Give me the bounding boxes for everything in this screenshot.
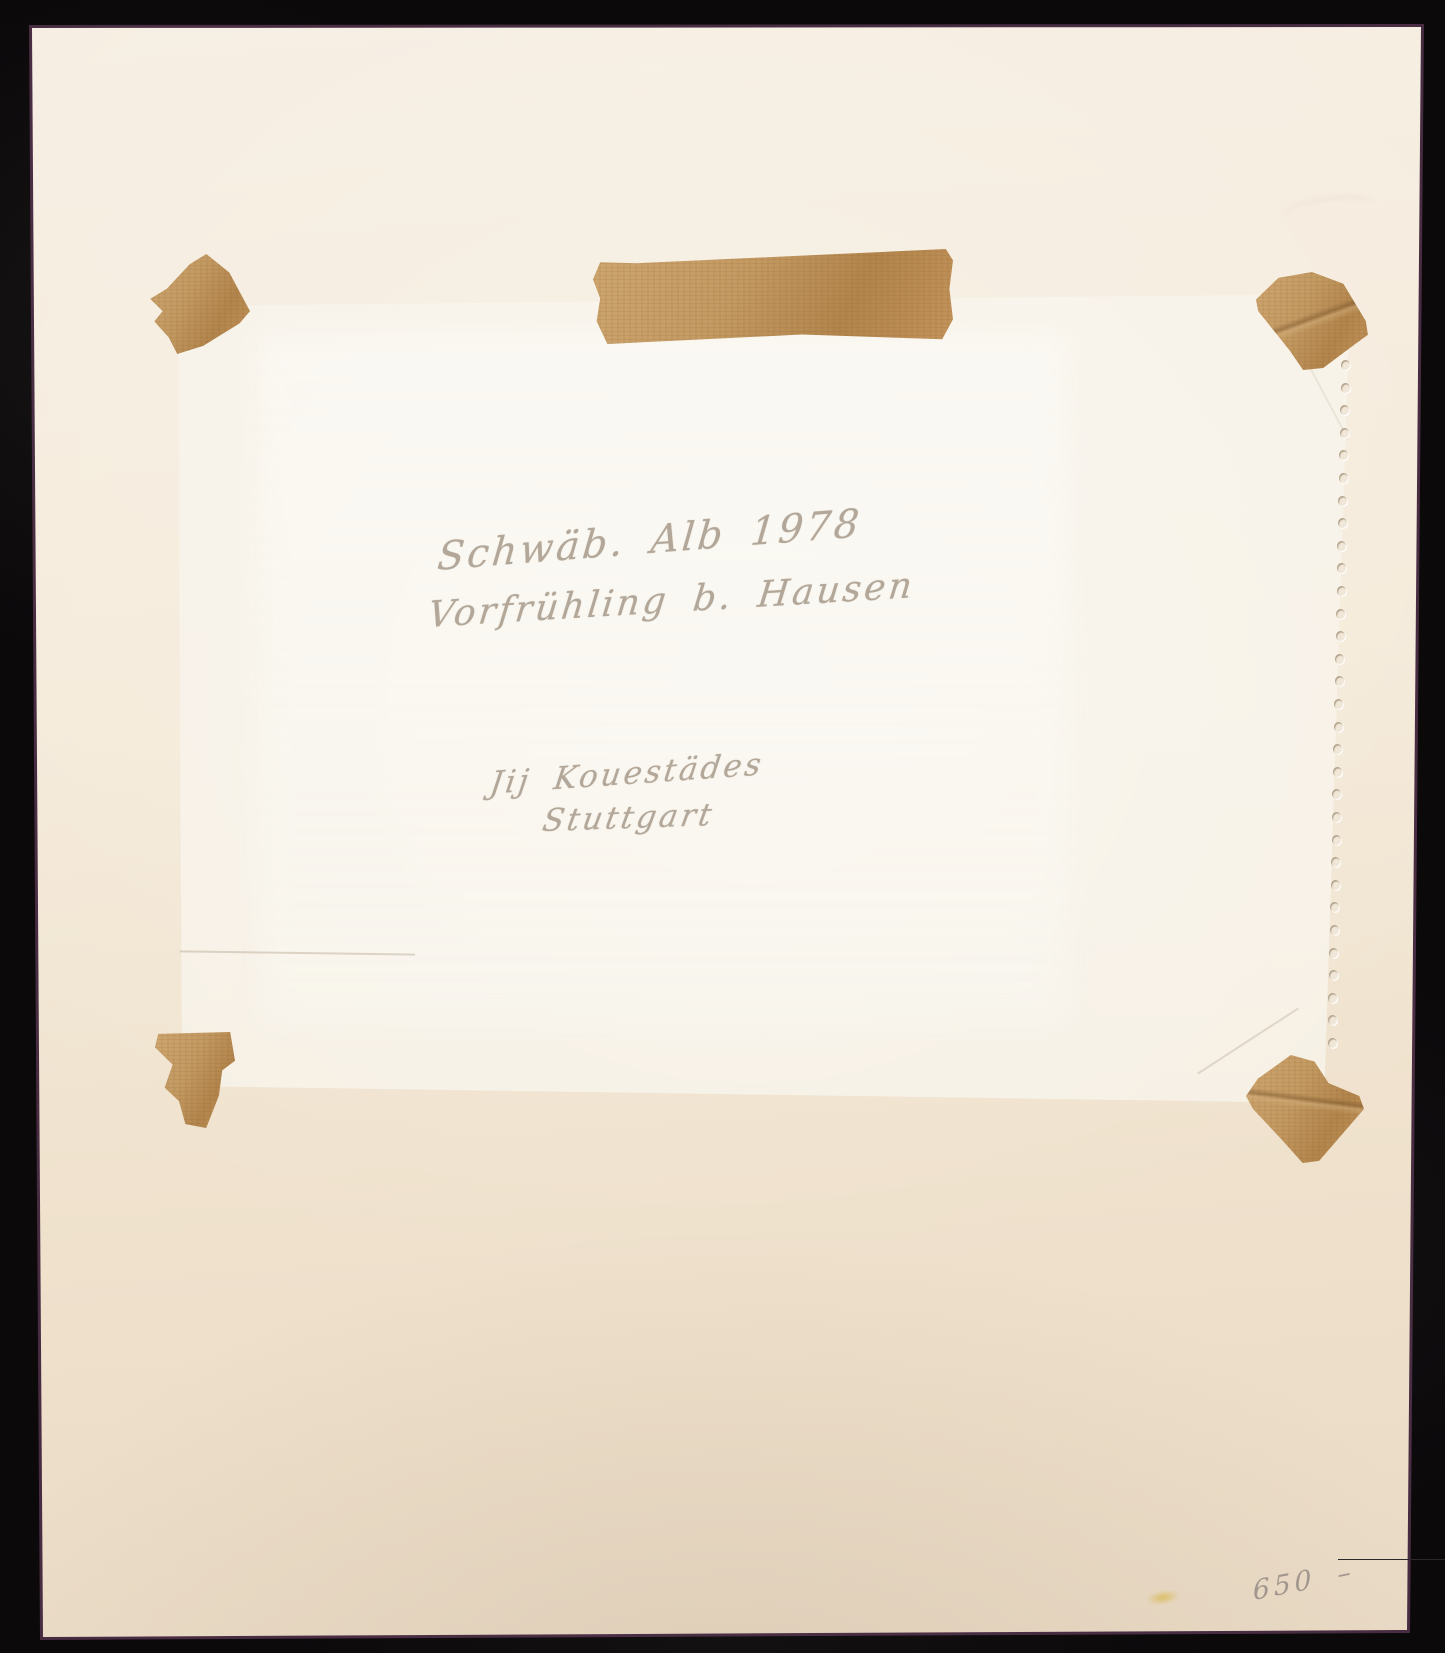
perforation-hole: [1338, 496, 1347, 506]
perforation-hole: [1338, 518, 1347, 528]
perforation-hole: [1337, 586, 1346, 596]
paper-image-showthrough: [258, 332, 1070, 1028]
perforation-hole: [1334, 722, 1343, 732]
perforation-hole: [1328, 1038, 1337, 1048]
perforation-hole: [1332, 812, 1341, 822]
perforation-hole: [1340, 428, 1349, 438]
perforation-hole: [1341, 383, 1350, 393]
perforation-hole: [1331, 880, 1340, 890]
perforation-hole: [1329, 970, 1338, 980]
signature-city: Stuttgart: [540, 797, 717, 839]
perforation-hole: [1333, 767, 1342, 777]
perforation-hole: [1336, 609, 1345, 619]
photograph-backdrop: Schwäb. Alb 1978 Vorfrühling b. Hausen J…: [0, 0, 1445, 1653]
perforation-hole: [1336, 631, 1345, 641]
perforation-hole: [1330, 925, 1339, 935]
perforation-hole: [1341, 360, 1350, 370]
perforation-hole: [1332, 835, 1341, 845]
tape-top-center: [593, 249, 953, 344]
perforation-hole: [1339, 473, 1348, 483]
perforation-hole: [1329, 948, 1338, 958]
backdrop-seam: [1338, 1559, 1445, 1560]
perforation-hole: [1335, 654, 1344, 664]
